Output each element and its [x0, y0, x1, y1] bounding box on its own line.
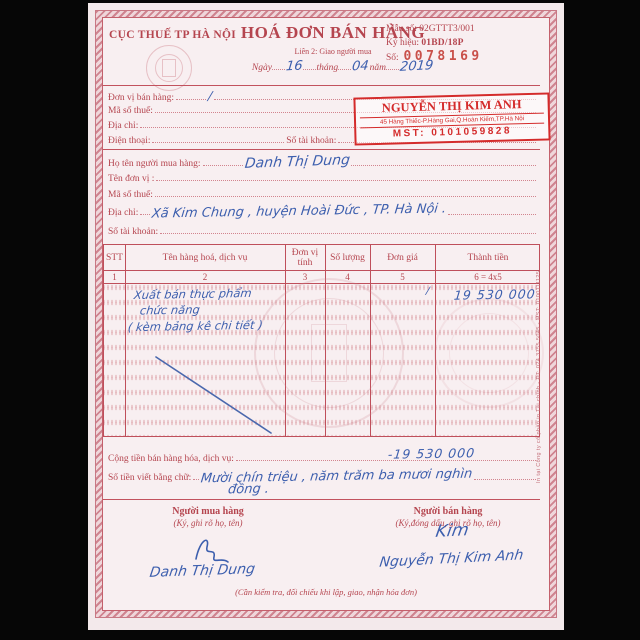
- crossout-line: [104, 283, 541, 438]
- total-label: Cộng tiền bán hàng hóa, dịch vụ:: [108, 454, 234, 464]
- serial-label: Ký hiệu:: [386, 38, 419, 48]
- serial-value: 01BD/18P: [421, 38, 463, 48]
- buyer-signature-subtitle: (Ký, ghi rõ họ, tên): [128, 518, 288, 528]
- invoice-paper: CỤC THUẾ TP HÀ NỘI HOÁ ĐƠN BÁN HÀNG Liên…: [88, 3, 564, 630]
- buyer-account-label: Số tài khoản:: [108, 227, 158, 237]
- dotted-line: [236, 452, 536, 461]
- buyer-address-handwriting: Xã Kim Chung , huyện Hoài Đức , TP. Hà N…: [151, 201, 447, 221]
- buyer-account-row: Số tài khoản:: [108, 225, 538, 237]
- seller-tax-label: Mã số thuế:: [108, 106, 153, 116]
- buyer-address-label: Địa chỉ:: [108, 208, 138, 218]
- handwritten-month: 04: [351, 59, 369, 75]
- buyer-name-label: Họ tên người mua hàng:: [108, 159, 201, 169]
- buyer-address-row: Địa chỉ: Xã Kim Chung , huyện Hoài Đức ,…: [108, 204, 538, 219]
- seller-address-label: Địa chỉ:: [108, 121, 138, 131]
- buyer-name-row: Họ tên người mua hàng: Danh Thị Dung: [108, 154, 538, 170]
- col-num-1: 1: [104, 270, 125, 283]
- seller-phone-label: Điện thoại:: [108, 136, 150, 146]
- seller-unit-handwriting: /: [207, 89, 213, 103]
- form-meta-block: Mẫu số: 02GTTT3/001 Ký hiệu: 01BD/18P Số…: [386, 22, 546, 65]
- col-num-5: 5: [370, 270, 435, 283]
- dotted-line: [156, 172, 536, 181]
- date-word-year: năm: [370, 63, 386, 73]
- dotted-line: [474, 471, 536, 480]
- dotted-line: [155, 188, 536, 197]
- seller-signature-title: Người bán hàng: [368, 506, 528, 517]
- dotted-line: [152, 134, 284, 143]
- buyer-unit-row: Tên đơn vị :: [108, 172, 538, 184]
- divider: [103, 499, 540, 500]
- date-word-month: tháng: [316, 63, 338, 73]
- total-amount-handwriting: -19 530 000: [387, 445, 476, 462]
- divider: [103, 149, 540, 150]
- col-num-6: 6 = 4x5: [435, 270, 541, 283]
- amount-in-words-row: Số tiền viết bằng chữ: Mười chín triệu ,…: [108, 469, 538, 484]
- buyer-unit-label: Tên đơn vị :: [108, 174, 154, 184]
- col-num-2: 2: [125, 270, 285, 283]
- col-header-unit-price: Đơn giá: [370, 245, 435, 270]
- dotted-line: [351, 157, 536, 166]
- number-label: Số:: [386, 53, 399, 63]
- col-header-description: Tên hàng hoá, dịch vụ: [125, 245, 285, 270]
- amount-in-words-line2: đồng .: [227, 482, 270, 498]
- col-header-quantity: Số lượng: [325, 245, 370, 270]
- dotted-line: [448, 206, 536, 215]
- buyer-tax-label: Mã số thuế:: [108, 190, 153, 200]
- buyer-signature-title: Người mua hàng: [128, 506, 288, 517]
- seller-signature-scribble: Kim: [434, 520, 470, 542]
- handwritten-day: 16: [285, 59, 303, 75]
- form-value: 02GTTT3/001: [419, 24, 474, 34]
- dotted-line: [160, 225, 536, 234]
- col-header-amount: Thành tiền: [435, 245, 541, 270]
- items-table: STT Tên hàng hoá, dịch vụ Đơn vị tính Số…: [103, 244, 540, 437]
- col-header-unit: Đơn vị tính: [285, 245, 325, 270]
- col-header-stt: STT: [104, 245, 125, 270]
- form-label: Mẫu số:: [386, 24, 417, 34]
- table-body: Xuất bán thực phẩm chức năng ( kèm bảng …: [104, 283, 539, 436]
- date-word-day: Ngày: [252, 63, 272, 73]
- divider: [103, 85, 540, 86]
- seller-account-label: Số tài khoản:: [286, 136, 336, 146]
- amount-in-words-label: Số tiền viết bằng chữ:: [108, 473, 191, 483]
- buyer-name-handwriting: Danh Thị Dung: [243, 152, 350, 172]
- invoice-number: 0078169: [403, 49, 482, 64]
- tax-office-name: CỤC THUẾ TP HÀ NỘI: [109, 29, 236, 41]
- printer-info-sidetext: In tại Công ty cổ phần in Tài chính - ĐT…: [536, 143, 542, 483]
- buyer-tax-row: Mã số thuế:: [108, 188, 538, 200]
- check-note: (Cần kiểm tra, đối chiếu khi lập, giao, …: [88, 587, 564, 597]
- screenshot-stage: CỤC THUẾ TP HÀ NỘI HOÁ ĐƠN BÁN HÀNG Liên…: [0, 0, 640, 640]
- seller-unit-label: Đơn vị bán hàng:: [108, 93, 174, 103]
- seller-stamp: NGUYỄN THỊ KIM ANH 45 Hàng Thiếc-P.Hàng …: [353, 92, 550, 145]
